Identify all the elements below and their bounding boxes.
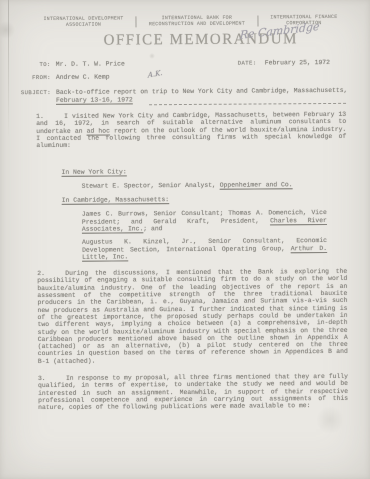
consultant-item-spector: Stewart E. Spector, Senior Analyst, Oppe… — [82, 181, 327, 190]
section-heading-new-york: In New York City: — [62, 167, 347, 176]
meta-row-to: TO: Mr. D. T. W. Price DATE: February 25… — [0, 59, 369, 62]
subject-line1: Back-to-office report on trip to New Yor… — [56, 87, 348, 96]
org-ibrd-line2: RECONSTRUCTION AND DEVELOPMENT — [149, 21, 245, 27]
paragraph-3: 3.In response to my proposal, all three … — [38, 373, 348, 412]
paragraph-1-underlined: ad hoc — [87, 127, 110, 134]
paragraph-3-text: In response to my proposal, all three fi… — [38, 373, 348, 411]
consultant-item-burrows: James C. Burrows, Senior Consultant; Tho… — [82, 209, 327, 233]
to-value: Mr. D. T. W. Price — [56, 60, 125, 68]
subject-underline-rule — [149, 103, 346, 105]
org-ida-line2: ASSOCIATION — [43, 22, 123, 28]
from-value: Andrew C. Kemp — [56, 74, 110, 82]
handwritten-sender-initials: A.K. — [148, 70, 163, 80]
date-label: DATE: — [238, 59, 257, 66]
consultant-item-kinzel: Augustus K. Kinzel, Jr., Senior Consulta… — [82, 237, 327, 261]
org-ida: INTERNATIONAL DEVELOPMENT ASSOCIATION — [43, 16, 123, 28]
section-heading-cambridge: In Cambridge, Massachusetts: — [62, 195, 347, 204]
letterhead-divider — [136, 16, 137, 27]
from-label: FROM: — [0, 74, 51, 82]
memo-content: INTERNATIONAL DEVELOPMENT ASSOCIATION IN… — [0, 0, 370, 479]
consultant-spector-text: Stewart E. Spector, Senior Analyst, — [82, 182, 220, 190]
subject-value: Back-to-office report on trip to New Yor… — [56, 87, 348, 104]
paragraph-2: 2.During the discussions, I mentioned th… — [37, 268, 348, 365]
paragraph-1: 1.I visited New York City and Cambridge,… — [36, 111, 346, 150]
consultant-spector-firm: Oppenheimer and Co. — [220, 181, 293, 189]
org-ibrd: INTERNATIONAL BANK FOR RECONSTRUCTION AN… — [149, 16, 245, 28]
memo-body: 1.I visited New York City and Cambridge,… — [36, 111, 348, 412]
scanned-memo-page: INTERNATIONAL DEVELOPMENT ASSOCIATION IN… — [0, 0, 370, 479]
letterhead-divider — [257, 16, 258, 27]
to-label: TO: — [0, 61, 51, 69]
meta-row-from: FROM: Andrew C. Kemp A.K. — [0, 72, 369, 75]
consultant-burrows-tail: ; and — [143, 225, 162, 232]
subject-label: SUBJECT: — [0, 89, 51, 97]
meta-row-subject: SUBJECT: Back-to-office report on trip t… — [0, 87, 369, 90]
date-value: February 25, 1972 — [265, 59, 330, 67]
paragraph-2-text: During the discussions, I mentioned that… — [37, 268, 348, 365]
subject-line2: February 13-16, 1972 — [56, 96, 133, 104]
